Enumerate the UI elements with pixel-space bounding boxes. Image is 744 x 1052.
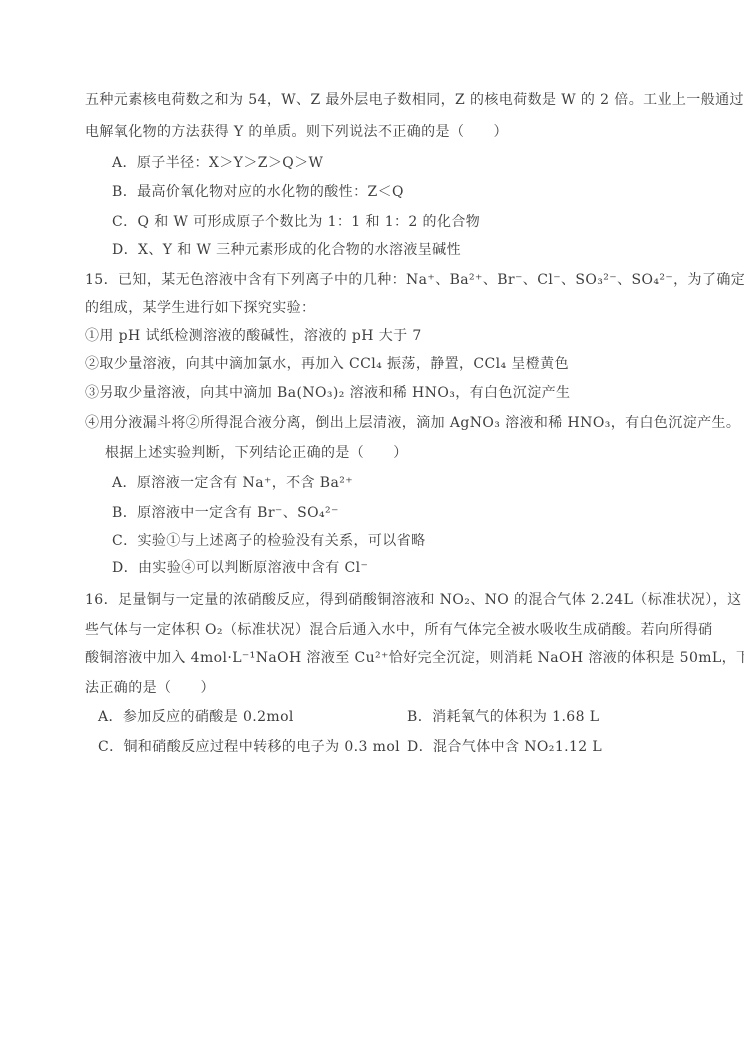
- question-16-stem-line-1: 16．足量铜与一定量的浓硝酸反应，得到硝酸铜溶液和 NO₂、NO 的混合气体 2…: [85, 589, 742, 611]
- question-15-option-a: A．原溶液一定含有 Na⁺，不含 Ba²⁺: [112, 472, 353, 494]
- question-16-stem-line-2: 些气体与一定体积 O₂（标准状况）混合后通入水中，所有气体完全被水吸收生成硝酸。…: [85, 619, 713, 641]
- question-14-option-c: C．Q 和 W 可形成原子个数比为 1：1 和 1：2 的化合物: [112, 211, 480, 233]
- question-14-stem-line-2: 电解氧化物的方法获得 Y 的单质。则下列说法不正确的是（ ）: [85, 121, 508, 143]
- question-16-option-b: B．消耗氧气的体积为 1.68 L: [407, 706, 599, 728]
- question-14-option-d: D．X、Y 和 W 三种元素形成的化合物的水溶液呈碱性: [112, 239, 461, 261]
- question-16-stem-line-4: 法正确的是（ ）: [85, 677, 215, 699]
- question-16-option-a: A．参加反应的硝酸是 0.2mol: [98, 706, 294, 728]
- question-15-stem-line-1: 15．已知，某无色溶液中含有下列离子中的几种：Na⁺、Ba²⁺、Br⁻、Cl⁻、…: [85, 269, 744, 291]
- question-14-option-b: B．最高价氧化物对应的水化物的酸性：Z＜Q: [112, 181, 404, 203]
- question-15-option-c: C．实验①与上述离子的检验没有关系，可以省略: [112, 530, 426, 552]
- question-15-prompt: 根据上述实验判断，下列结论正确的是（ ）: [105, 442, 408, 464]
- question-14-option-a: A．原子半径：X＞Y＞Z＞Q＞W: [112, 152, 323, 174]
- question-14-stem-line-1: 五种元素核电荷数之和为 54，W、Z 最外层电子数相同，Z 的核电荷数是 W 的…: [85, 89, 744, 111]
- question-15-option-d: D．由实验④可以判断原溶液中含有 Cl⁻: [112, 557, 368, 579]
- question-15-stem-line-2: 的组成，某学生进行如下探究实验：: [85, 297, 315, 319]
- question-15-option-b: B．原溶液中一定含有 Br⁻、SO₄²⁻: [112, 502, 339, 524]
- question-15-step-2: ②取少量溶液，向其中滴加氯水，再加入 CCl₄ 振荡，静置，CCl₄ 呈橙黄色: [85, 353, 569, 375]
- question-15-step-3: ③另取少量溶液，向其中滴加 Ba(NO₃)₂ 溶液和稀 HNO₃，有白色沉淀产生: [85, 382, 570, 404]
- question-16-option-d: D．混合气体中含 NO₂1.12 L: [407, 736, 602, 758]
- question-16-stem-line-3: 酸铜溶液中加入 4mol·L⁻¹NaOH 溶液至 Cu²⁺恰好完全沉淀，则消耗 …: [85, 647, 744, 669]
- question-15-step-4: ④用分液漏斗将②所得混合液分离，倒出上层清液，滴加 AgNO₃ 溶液和稀 HNO…: [85, 412, 740, 434]
- question-16-option-c: C．铜和硝酸反应过程中转移的电子为 0.3 mol: [98, 736, 400, 758]
- exam-page: 五种元素核电荷数之和为 54，W、Z 最外层电子数相同，Z 的核电荷数是 W 的…: [0, 0, 744, 1052]
- question-15-step-1: ①用 pH 试纸检测溶液的酸碱性，溶液的 pH 大于 7: [85, 325, 422, 347]
